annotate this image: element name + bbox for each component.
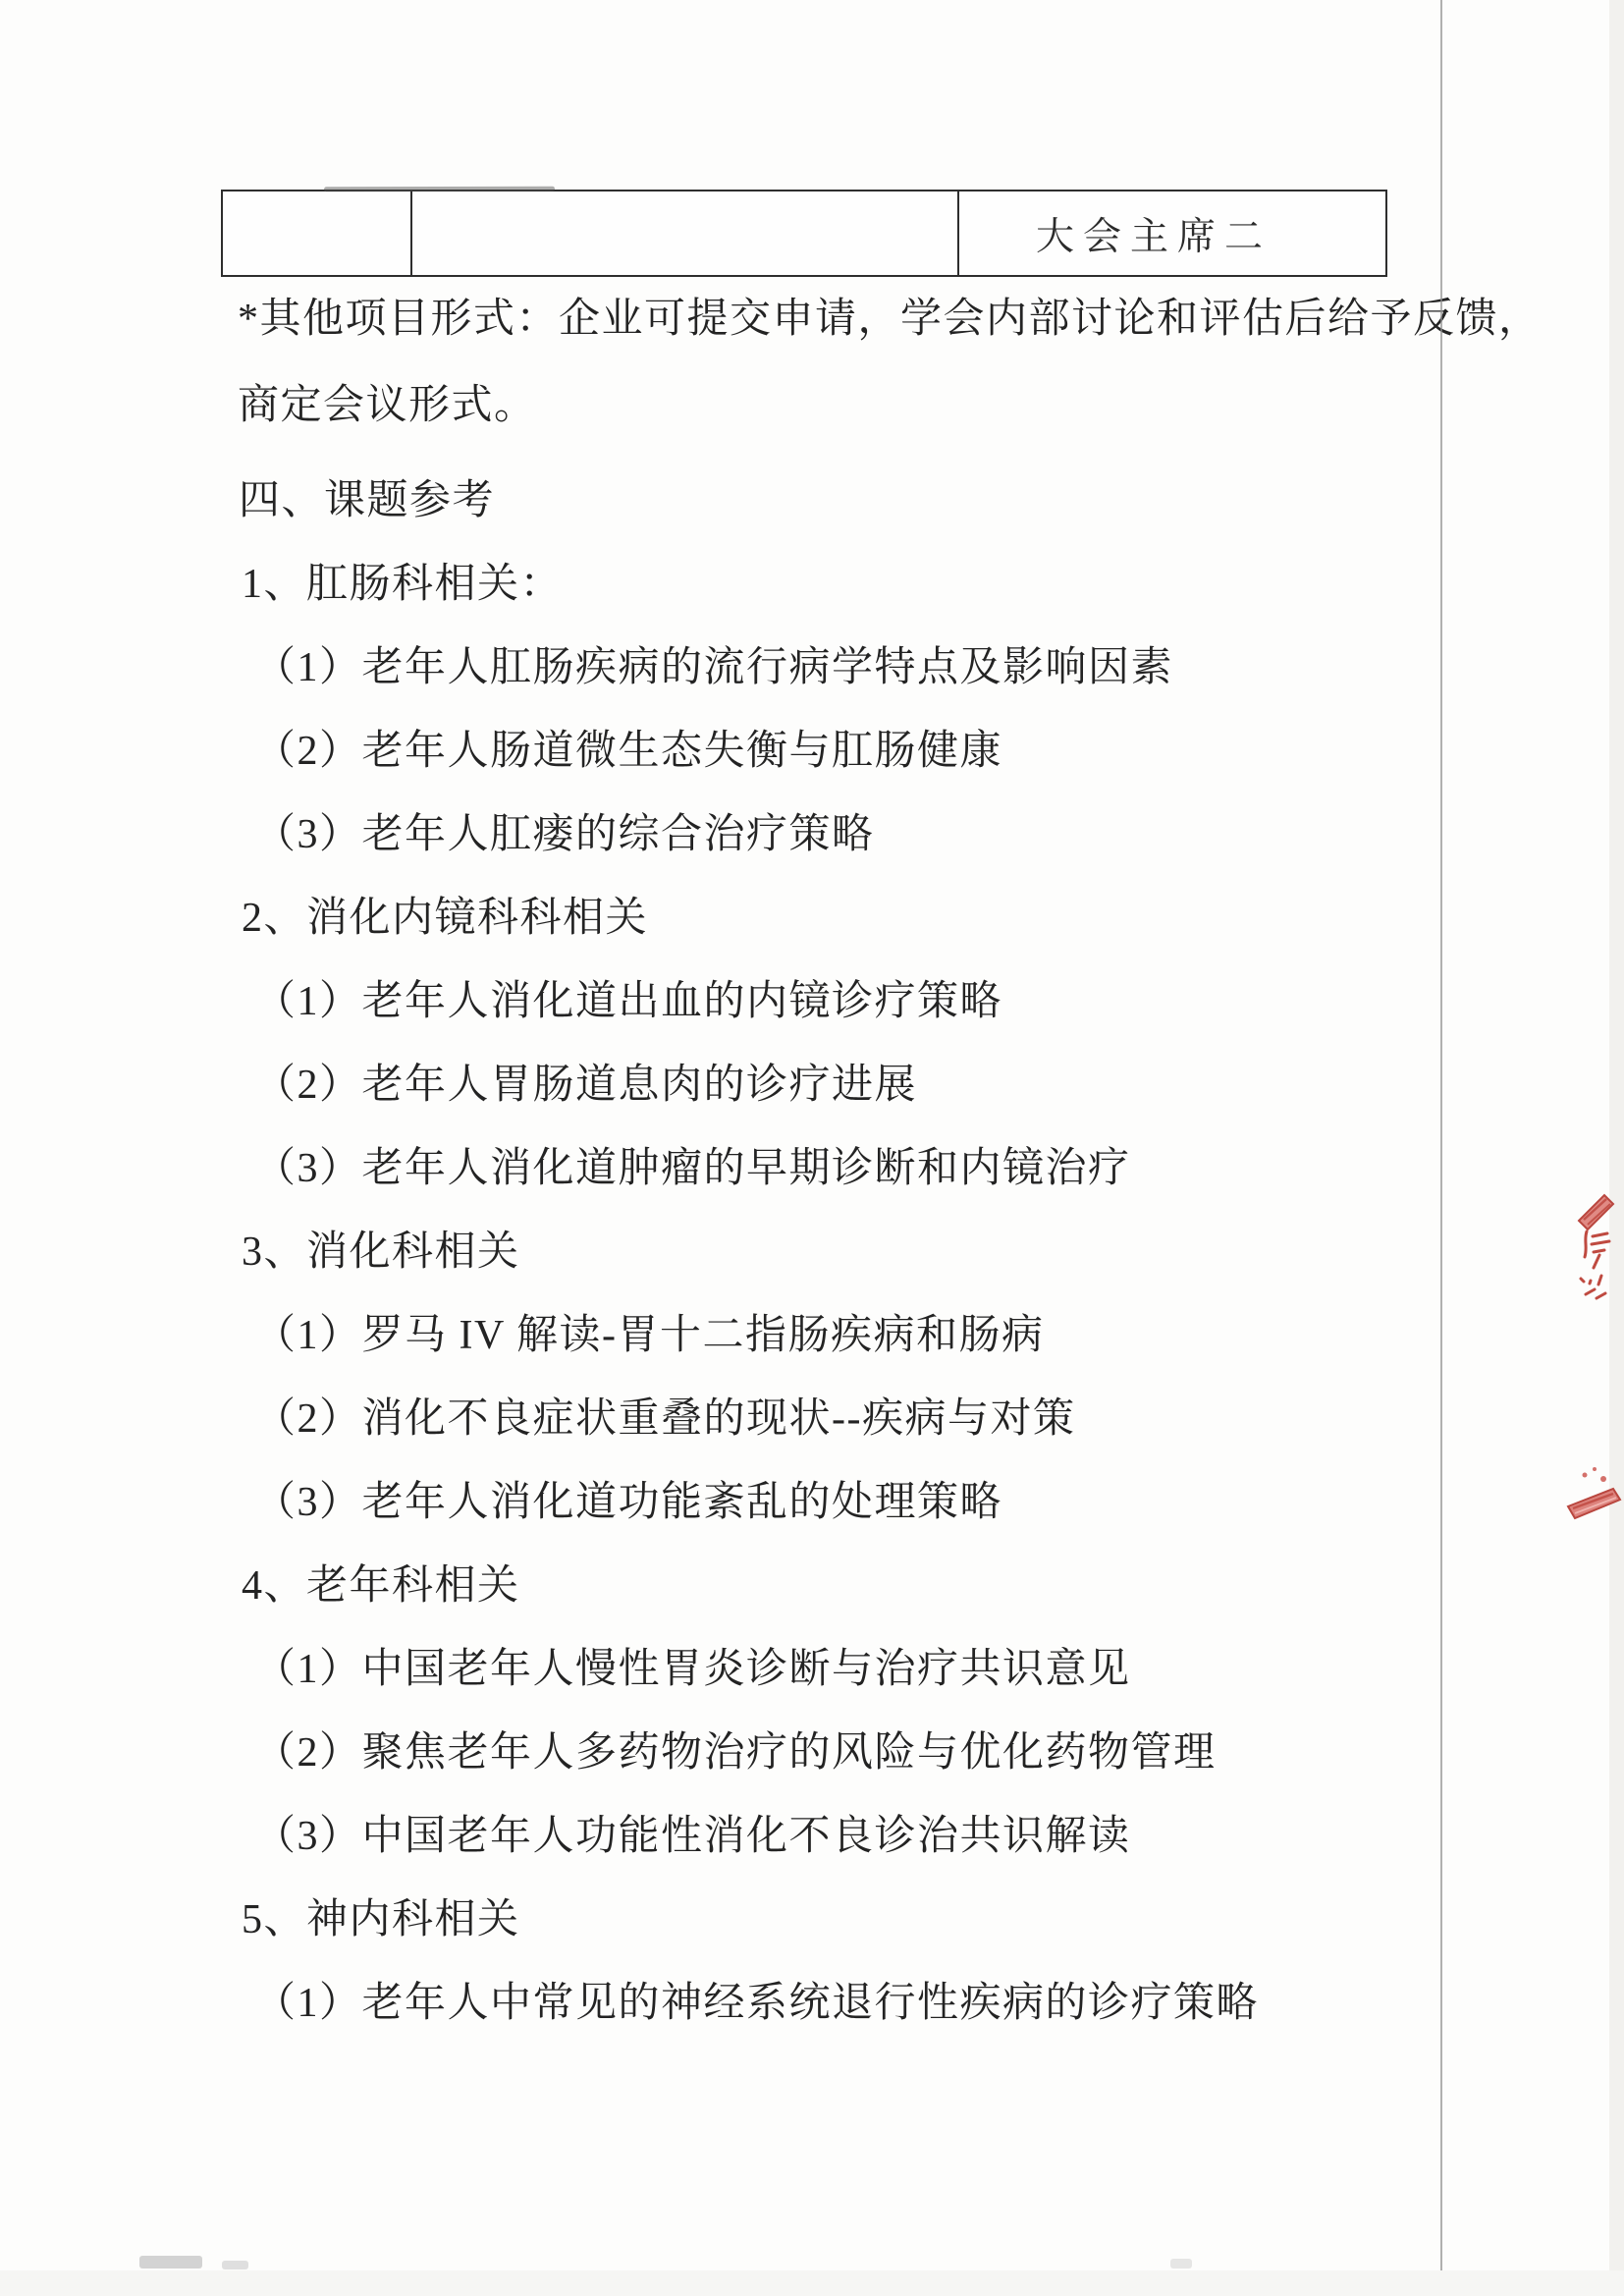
red-stamp-fragment-icon (1563, 1459, 1624, 1536)
red-stamp-fragment-icon (1566, 1186, 1624, 1319)
table-cell-empty-1 (223, 191, 412, 275)
topic-item: （3）老年人消化道功能紊乱的处理策略 (254, 1479, 1002, 1526)
topic-item: （1）老年人中常见的神经系统退行性疾病的诊疗策略 (254, 1980, 1259, 2027)
paper-edge-shadow (1609, 0, 1624, 2296)
topic-item: （2）消化不良症状重叠的现状--疾病与对策 (254, 1395, 1075, 1443)
topic-item: （1）罗马 IV 解读-胃十二指肠疾病和肠病 (254, 1312, 1045, 1359)
group-heading: 4、老年科相关 (242, 1562, 520, 1610)
group-heading: 2、消化内镜科科相关 (242, 895, 648, 942)
table-fragment: 大会主席二 (221, 190, 1387, 277)
topic-item: （2）老年人肠道微生态失衡与肛肠健康 (254, 728, 1002, 775)
table-cell-chair-two: 大会主席二 (959, 191, 1385, 275)
topic-item: （3）中国老年人功能性消化不良诊治共识解读 (254, 1813, 1131, 1860)
note-line: 商定会议形式。 (238, 382, 537, 429)
group-heading: 5、神内科相关 (242, 1896, 520, 1943)
topic-item: （3）老年人肛瘘的综合治疗策略 (254, 811, 875, 858)
section-heading: 四、课题参考 (239, 477, 495, 524)
group-heading: 1、肛肠科相关： (242, 561, 563, 608)
scan-fold-line (1440, 0, 1442, 2270)
group-heading: 3、消化科相关 (242, 1229, 520, 1276)
topic-item: （1）中国老年人慢性胃炎诊断与治疗共识意见 (254, 1646, 1131, 1693)
topic-item: （3）老年人消化道肿瘤的早期诊断和内镜治疗 (254, 1145, 1131, 1192)
topic-item: （2）聚焦老年人多药物治疗的风险与优化药物管理 (254, 1729, 1217, 1777)
table-cell-empty-2 (412, 191, 959, 275)
note-line: *其他项目形式：企业可提交申请，学会内部讨论和评估后给予反馈， (238, 296, 1542, 343)
scan-smudge (1170, 2259, 1192, 2269)
topic-item: （1）老年人消化道出血的内镜诊疗策略 (254, 978, 1002, 1025)
topic-item: （1）老年人肛肠疾病的流行病学特点及影响因素 (254, 644, 1173, 691)
scan-smudge (222, 2261, 248, 2269)
topic-item: （2）老年人胃肠道息肉的诊疗进展 (254, 1062, 917, 1109)
scan-ink-smudge (324, 187, 555, 192)
document-page: 大会主席二 *其他项目形式：企业可提交申请，学会内部讨论和评估后给予反馈， 商定… (0, 0, 1624, 2296)
scan-bottom-shadow (0, 2270, 1624, 2296)
scan-smudge (139, 2256, 202, 2269)
